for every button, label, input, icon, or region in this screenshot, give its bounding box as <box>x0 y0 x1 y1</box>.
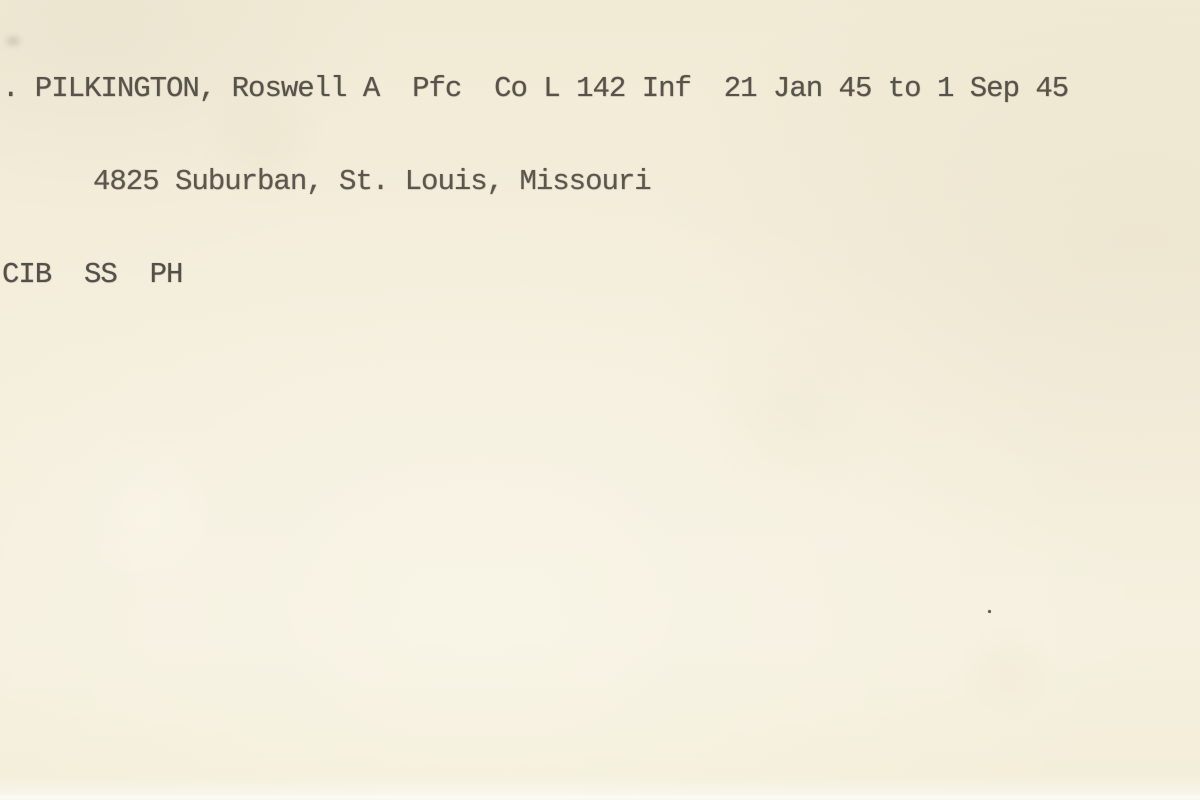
card-bottom-edge <box>0 793 1200 800</box>
ink-smudge-mark <box>6 36 20 46</box>
address-line: 4825 Suburban, St. Louis, Missouri <box>93 166 1068 197</box>
decorations-line: CIB SS PH <box>2 259 1068 290</box>
typewritten-text-block: . PILKINGTON, Roswell A Pfc Co L 142 Inf… <box>2 11 1068 352</box>
name-service-line: . PILKINGTON, Roswell A Pfc Co L 142 Inf… <box>2 73 1068 104</box>
scanned-card: . PILKINGTON, Roswell A Pfc Co L 142 Inf… <box>0 0 1200 800</box>
paper-speck-mark <box>988 610 991 613</box>
